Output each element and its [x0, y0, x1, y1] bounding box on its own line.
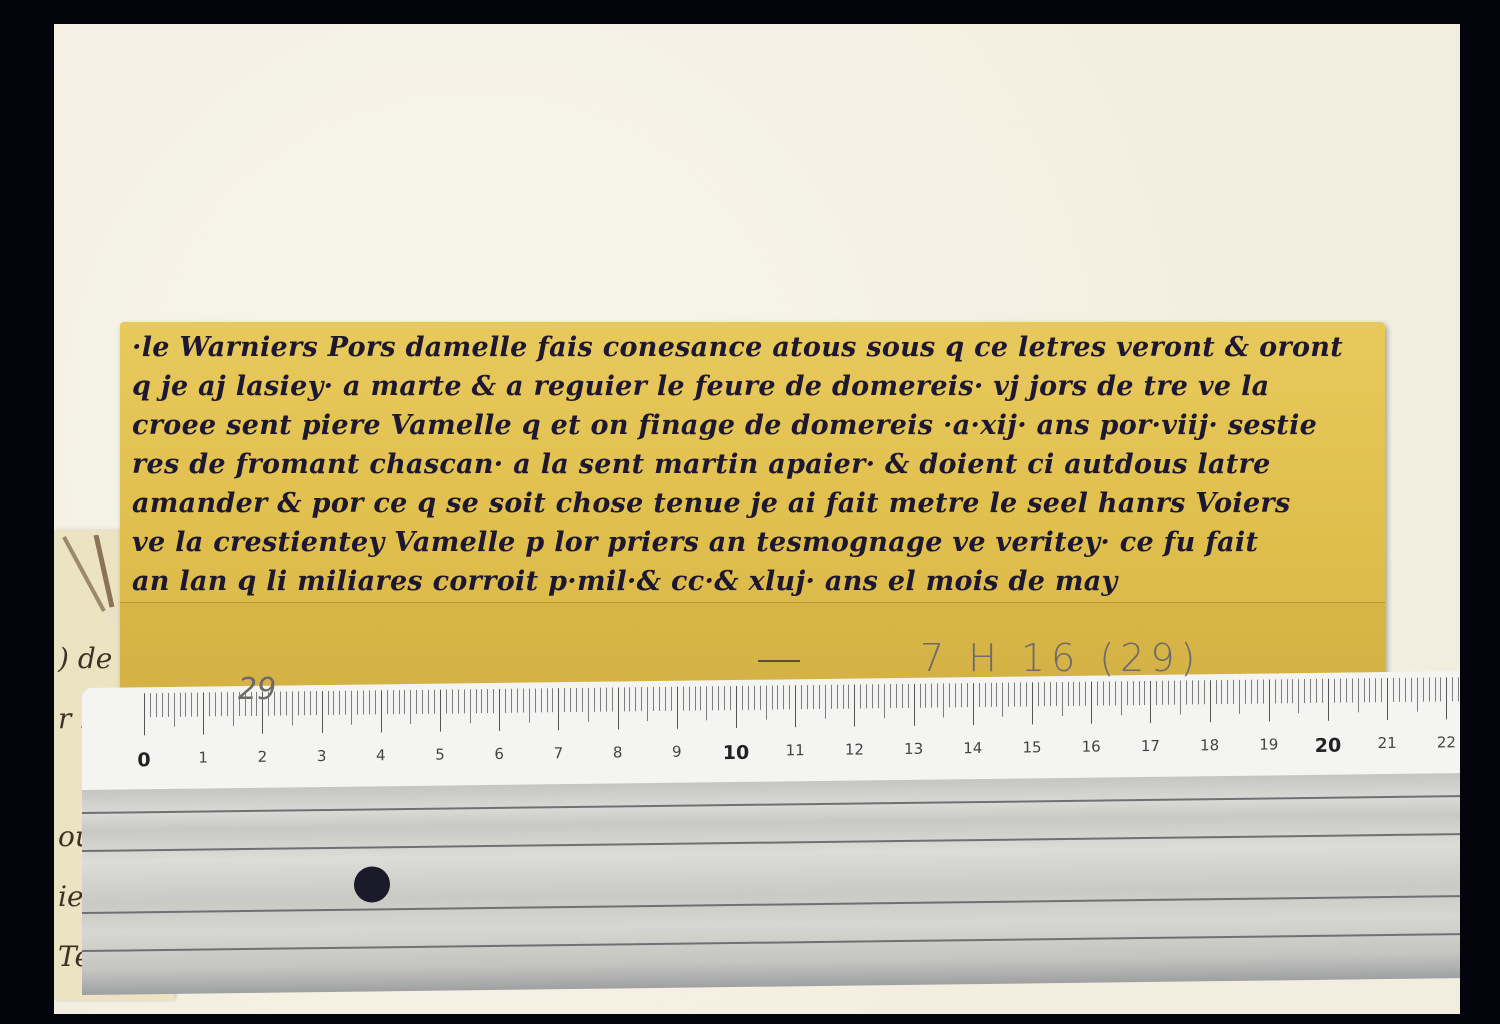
ruler-label: 16	[1082, 738, 1101, 756]
ruler-tick	[1050, 682, 1051, 706]
ruler-tick	[227, 692, 228, 716]
ruler-groove	[82, 795, 1460, 814]
ruler-tick	[1210, 680, 1211, 722]
ruler-tick	[1144, 681, 1145, 705]
ruler-tick	[878, 684, 879, 708]
ruler-tick	[1097, 682, 1098, 706]
ruler-tick	[854, 685, 855, 727]
ruler-tick	[1103, 682, 1104, 706]
ruler-tick	[333, 691, 334, 715]
ruler-tick	[996, 683, 997, 707]
ruler-tick	[665, 687, 666, 711]
ruler-groove	[82, 895, 1460, 914]
ruler-tick	[156, 693, 157, 717]
ruler-label: 3	[317, 747, 327, 765]
ruler-tick	[404, 690, 405, 714]
ruler-tick	[683, 687, 684, 711]
ruler-tick	[920, 684, 921, 708]
pencil-item-number: 29	[238, 672, 276, 707]
ruler-tick	[783, 685, 784, 709]
ruler-tick	[1375, 678, 1376, 702]
ruler-label: 1	[198, 748, 208, 766]
ruler-tick	[363, 691, 364, 715]
ruler-tick	[499, 689, 500, 731]
ruler-tick	[1204, 680, 1205, 704]
ruler-tick	[1275, 679, 1276, 703]
ruler-tick	[718, 686, 719, 710]
ruler-tick	[1352, 678, 1353, 702]
ruler-tick	[1287, 679, 1288, 703]
ruler-tick	[517, 689, 518, 713]
ruler-tick	[618, 687, 619, 729]
ruler-tick	[653, 687, 654, 711]
ruler-label: 18	[1200, 736, 1219, 754]
ruler-hang-hole	[354, 866, 390, 902]
ruler-tick	[925, 684, 926, 708]
charter-line-7: an lan q li miliares corroit p·mil·& cc·…	[132, 562, 1371, 601]
ruler-tick	[1079, 682, 1080, 706]
ruler-tick	[1405, 678, 1406, 702]
ruler-tick	[594, 688, 595, 712]
ruler-tick	[304, 691, 305, 715]
letter-fragment: ) de	[58, 642, 112, 675]
ruler-tick	[1227, 680, 1228, 704]
ruler-tick	[1446, 677, 1447, 719]
ruler-tick	[1245, 680, 1246, 704]
ruler-tick	[754, 686, 755, 710]
ruler-tick	[884, 684, 885, 718]
ruler-tick	[712, 686, 713, 710]
ruler-tick	[541, 688, 542, 712]
ruler-tick	[914, 684, 915, 726]
ruler-tick	[1423, 678, 1424, 702]
ruler-tick	[470, 689, 471, 723]
ruler-tick	[1056, 682, 1057, 706]
ruler-tick	[1038, 682, 1039, 706]
ruler-tick	[191, 693, 192, 717]
ruler-tick	[896, 684, 897, 708]
ruler-tick	[1328, 679, 1329, 721]
ruler-tick	[860, 684, 861, 708]
ruler-label: 12	[845, 740, 864, 758]
ruler-tick	[174, 693, 175, 727]
ruler-tick	[328, 691, 329, 715]
ruler-tick	[961, 683, 962, 707]
ruler-tick	[831, 685, 832, 709]
ruler-tick	[1381, 678, 1382, 702]
ruler-tick	[624, 687, 625, 711]
ruler-tick	[1044, 682, 1045, 706]
ruler-label: 14	[963, 739, 982, 757]
ruler-tick	[949, 683, 950, 707]
ruler-tick	[1358, 678, 1359, 712]
ruler-tick	[1429, 678, 1430, 702]
ruler-tick	[1156, 681, 1157, 705]
ruler-tick	[476, 689, 477, 713]
ruler-tick	[1168, 681, 1169, 705]
ruler-tick	[570, 688, 571, 712]
ruler-tick	[233, 692, 234, 726]
ruler-tick	[677, 687, 678, 729]
ruler-tick	[766, 686, 767, 720]
ruler-tick	[742, 686, 743, 710]
ruler-tick	[1269, 679, 1270, 721]
ruler-tick	[487, 689, 488, 713]
ruler-tick	[458, 689, 459, 713]
ruler-label: 10	[723, 742, 749, 764]
parchment-charter: ·le Warniers Pors damelle fais conesance…	[120, 322, 1385, 728]
ruler-tick	[1322, 679, 1323, 703]
ruler-tick	[1109, 681, 1110, 705]
ruler-tick	[523, 689, 524, 713]
ruler-tick	[629, 687, 630, 711]
pencil-dash	[758, 660, 800, 662]
ruler-tick	[310, 691, 311, 715]
ruler-label: 6	[494, 745, 504, 763]
charter-line-5: amander & por ce q se soit chose tenue j…	[132, 484, 1371, 523]
ruler-tick	[1233, 680, 1234, 704]
ruler-tick	[985, 683, 986, 707]
ruler-tick	[1032, 682, 1033, 724]
ruler-tick	[535, 688, 536, 712]
ruler-tick	[292, 691, 293, 725]
ruler-tick	[428, 690, 429, 714]
ruler-tick	[801, 685, 802, 709]
ruler-tick	[511, 689, 512, 713]
ruler-groove	[82, 833, 1460, 852]
ruler-tick	[416, 690, 417, 714]
ruler-tick	[1369, 678, 1370, 702]
ruler-tick	[795, 685, 796, 727]
ruler-tick	[399, 690, 400, 714]
ruler-tick	[1150, 681, 1151, 723]
ruler-tick	[393, 690, 394, 714]
ruler-label: 11	[786, 741, 805, 759]
ruler-tick	[446, 690, 447, 714]
ruler-tick	[1162, 681, 1163, 705]
ruler-tick	[1068, 682, 1069, 706]
ruler-tick	[777, 685, 778, 709]
ruler-tick	[807, 685, 808, 709]
ruler-tick	[1435, 677, 1436, 701]
ruler-tick	[422, 690, 423, 714]
ruler-tick	[588, 688, 589, 722]
ruler-tick	[529, 689, 530, 723]
ruler-label: 13	[904, 740, 923, 758]
ruler-tick	[819, 685, 820, 709]
ruler-tick	[1281, 679, 1282, 703]
ruler-tick	[736, 686, 737, 728]
ruler-tick	[1026, 682, 1027, 706]
ruler-tick	[369, 690, 370, 714]
ruler-tick	[931, 684, 932, 708]
ruler-tick	[322, 691, 323, 733]
ruler-tick	[505, 689, 506, 713]
ruler-tick	[1257, 680, 1258, 704]
ruler-label: 0	[137, 749, 150, 771]
ruler-tick	[1115, 681, 1116, 705]
ruler-tick	[872, 684, 873, 708]
ruler-tick	[837, 685, 838, 709]
ruler-label: 5	[435, 746, 445, 764]
ruler-tick	[558, 688, 559, 730]
ruler-tick	[552, 688, 553, 712]
ruler-tick	[689, 687, 690, 711]
ruler-label: 7	[554, 744, 564, 762]
ruler-tick	[1263, 680, 1264, 704]
ruler-tick	[848, 685, 849, 709]
ruler-tick	[582, 688, 583, 712]
ruler-tick	[1316, 679, 1317, 703]
ruler-tick	[203, 693, 204, 735]
ruler-tick	[866, 684, 867, 708]
ruler-tick	[564, 688, 565, 712]
ruler-tick	[316, 691, 317, 715]
ruler-tick	[671, 687, 672, 711]
ruler-tick	[209, 692, 210, 716]
ruler-tick	[1073, 682, 1074, 706]
ruler-tick	[789, 685, 790, 709]
ruler-tick	[345, 691, 346, 715]
ruler-label: 20	[1315, 735, 1341, 757]
ruler-tick	[1008, 683, 1009, 707]
ruler-tick	[1221, 680, 1222, 704]
ruler-tick	[700, 686, 701, 710]
ruler-tick	[659, 687, 660, 711]
ruler-tick	[772, 686, 773, 710]
ruler-tick	[375, 690, 376, 714]
ruler-tick	[440, 690, 441, 732]
ruler-tick	[635, 687, 636, 711]
ruler-label: 4	[376, 746, 386, 764]
ruler-label: 9	[672, 743, 682, 761]
ruler-tick	[1085, 682, 1086, 706]
ruler-groove	[82, 933, 1460, 952]
ruler-tick	[1216, 680, 1217, 704]
ruler-tick	[351, 691, 352, 725]
ruler-tick	[647, 687, 648, 721]
ruler-tick	[576, 688, 577, 712]
ruler-tick	[1452, 677, 1453, 701]
ruler-tick	[357, 691, 358, 715]
ruler-tick	[387, 690, 388, 714]
ruler-tick	[706, 686, 707, 720]
ruler-tick	[1133, 681, 1134, 705]
ruler-tick	[1121, 681, 1122, 715]
ruler-tick	[641, 687, 642, 711]
ruler-tick	[150, 693, 151, 717]
ruler-tick	[1417, 678, 1418, 712]
ruler-tick	[612, 688, 613, 712]
ruler-tick	[1174, 681, 1175, 705]
charter-line-1: ·le Warniers Pors damelle fais conesance…	[132, 328, 1371, 367]
charter-line-3: croee sent piere Vamelle q et on finage …	[132, 406, 1371, 445]
ruler-label: 22	[1437, 733, 1456, 751]
ruler-tick	[937, 684, 938, 708]
ruler-tick	[464, 689, 465, 713]
ruler-tick	[760, 686, 761, 710]
ruler-tick	[955, 683, 956, 707]
ruler-tick	[1127, 681, 1128, 705]
ruler-label: 8	[613, 743, 623, 761]
ruler-tick	[280, 692, 281, 716]
ruler-tick	[1387, 678, 1388, 720]
charter-line-6: ve la crestientey Vamelle p lor priers a…	[132, 523, 1371, 562]
ruler-tick	[286, 691, 287, 715]
ruler-tick	[1192, 680, 1193, 704]
ruler-tick	[1198, 680, 1199, 704]
ruler-tick	[1310, 679, 1311, 703]
ruler-tick	[1298, 679, 1299, 713]
ruler-tick	[1399, 678, 1400, 702]
letter-fragment: ie	[58, 880, 84, 913]
ruler-tick	[1020, 683, 1021, 707]
ruler-label: 19	[1259, 735, 1278, 753]
ruler-tick	[1364, 678, 1365, 702]
ruler-tick	[1139, 681, 1140, 705]
ruler-tick	[434, 690, 435, 714]
ruler-tick	[481, 689, 482, 713]
ruler-scale: 012345678910111213141516171819202122	[82, 671, 1460, 790]
ruler-tick	[943, 683, 944, 717]
ruler-tick	[168, 693, 169, 717]
ruler-tick	[991, 683, 992, 707]
ruler-label: 21	[1378, 734, 1397, 752]
pencil-archive-reference: 7 H 16 (29)	[920, 636, 1201, 680]
ruler-tick	[215, 692, 216, 716]
charter-line-4: res de fromant chascan· a la sent martin…	[132, 445, 1371, 484]
ruler-tick	[600, 688, 601, 712]
ruler-tick	[1304, 679, 1305, 703]
ruler-tick	[606, 688, 607, 712]
ruler-tick	[825, 685, 826, 719]
ruler-tick	[162, 693, 163, 717]
ruler-tick	[197, 693, 198, 717]
ruler-tick	[1251, 680, 1252, 704]
ruler-tick	[843, 685, 844, 709]
ruler-tick	[967, 683, 968, 707]
ruler-tick	[1091, 682, 1092, 724]
ruler-tick	[144, 693, 145, 735]
ruler-tick	[1393, 678, 1394, 702]
ruler-tick	[1334, 679, 1335, 703]
ruler-tick	[813, 685, 814, 709]
ruler-tick	[1346, 679, 1347, 703]
ruler-tick	[724, 686, 725, 710]
ruler-tick	[452, 689, 453, 713]
ruler-tick	[973, 683, 974, 725]
ruler-tick	[221, 692, 222, 716]
ruler-tick	[890, 684, 891, 708]
charter-text: ·le Warniers Pors damelle fais conesance…	[132, 328, 1371, 601]
ruler-tick	[381, 690, 382, 732]
ruler-tick	[1186, 681, 1187, 705]
ruler-tick	[180, 693, 181, 717]
ruler-tick	[1062, 682, 1063, 716]
ruler-tick	[1002, 683, 1003, 717]
ruler-label: 2	[258, 748, 268, 766]
ruler-body	[82, 773, 1460, 995]
ruler-tick	[410, 690, 411, 724]
ruler-label: 15	[1022, 738, 1041, 756]
ruler-tick	[902, 684, 903, 708]
ruler-tick	[1458, 677, 1459, 701]
ruler-tick	[1014, 683, 1015, 707]
ruler-tick	[1180, 681, 1181, 715]
ruler-tick	[730, 686, 731, 710]
ruler-tick	[493, 689, 494, 713]
ruler-tick	[1239, 680, 1240, 714]
ruler-tick	[339, 691, 340, 715]
ruler-label: 17	[1141, 737, 1160, 755]
measuring-ruler: 012345678910111213141516171819202122	[82, 671, 1460, 998]
ruler-tick	[1411, 678, 1412, 702]
ruler-tick	[547, 688, 548, 712]
charter-line-2: q je aj lasiey· a marte & a reguier le f…	[132, 367, 1371, 406]
ruler-tick	[748, 686, 749, 710]
ruler-tick	[1292, 679, 1293, 703]
ruler-tick	[908, 684, 909, 708]
ruler-tick	[185, 693, 186, 717]
ruler-tick	[298, 691, 299, 715]
ruler-tick	[979, 683, 980, 707]
ruler-tick	[695, 687, 696, 711]
ruler-tick	[1440, 677, 1441, 701]
ruler-tick	[1340, 679, 1341, 703]
